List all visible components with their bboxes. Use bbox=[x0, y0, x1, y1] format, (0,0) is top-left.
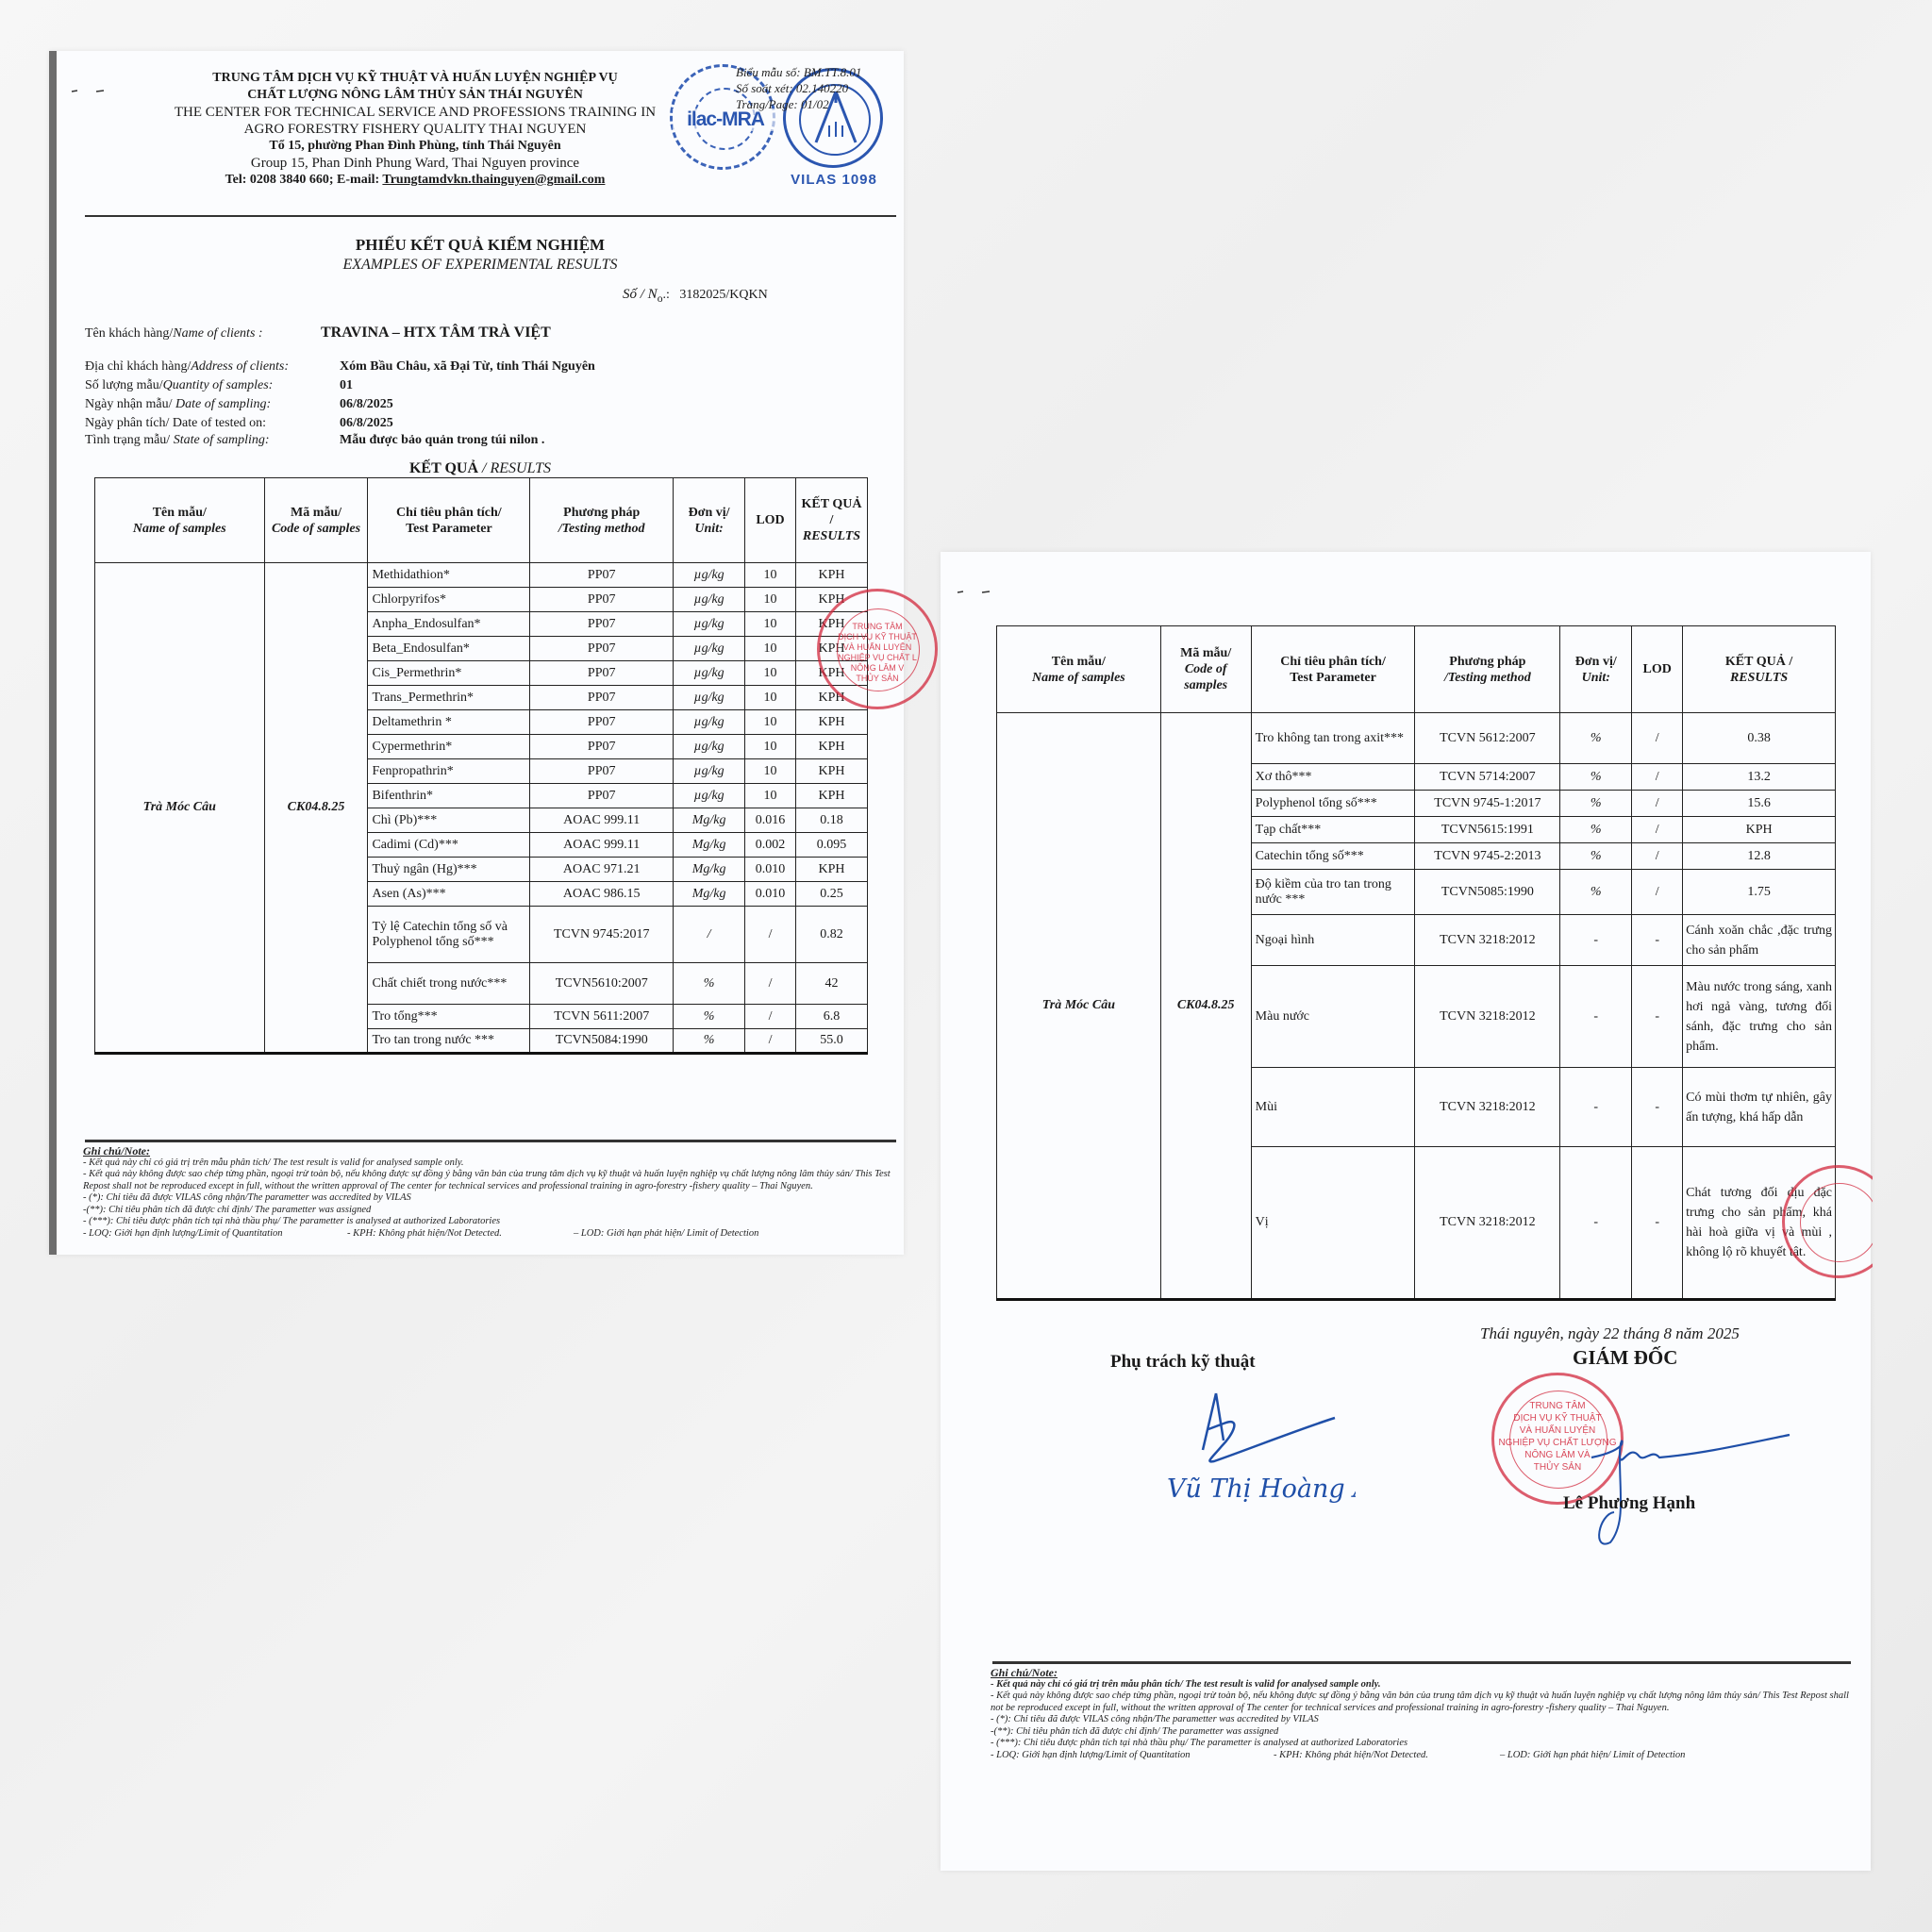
testing-method-cell: TCVN 9745-1:2017 bbox=[1415, 791, 1560, 817]
signature-place-date: Thái nguyên, ngày 22 tháng 8 năm 2025 bbox=[1480, 1324, 1740, 1343]
note-line: - (***): Chỉ tiêu được phân tích tại nhà… bbox=[991, 1738, 1851, 1750]
report-page-1: TRUNG TÂM DỊCH VỤ KỸ THUẬT VÀ HUẤN LUYỆN… bbox=[49, 51, 904, 1255]
unit-cell: µg/kg bbox=[674, 637, 745, 661]
info-value: Xóm Bầu Châu, xã Đại Từ, tỉnh Thái Nguyê… bbox=[340, 359, 595, 374]
header-sample-name: Tên mẫu/Name of samples bbox=[95, 478, 265, 563]
notes-title: Ghi chú/Note: bbox=[991, 1667, 1851, 1679]
page-number: Trang/Page: 01/02 bbox=[736, 96, 861, 112]
test-parameter-cell: Asen (As)*** bbox=[368, 882, 530, 907]
test-parameter-cell: Chlorpyrifos* bbox=[368, 588, 530, 612]
results-title: KẾT QUẢ / RESULTS bbox=[57, 460, 904, 477]
org-name-vn-1: TRUNG TÂM DỊCH VỤ KỸ THUẬT VÀ HUẤN LUYỆN… bbox=[123, 70, 708, 87]
lod-cell: - bbox=[1632, 915, 1683, 966]
unit-cell: % bbox=[1560, 843, 1632, 870]
header-divider bbox=[85, 215, 896, 217]
unit-cell: - bbox=[1560, 1068, 1632, 1147]
lod-cell: 10 bbox=[745, 588, 796, 612]
result-cell: 13.2 bbox=[1683, 764, 1836, 791]
report-number-sub: o bbox=[658, 292, 663, 305]
testing-method-cell: TCVN5610:2007 bbox=[530, 963, 674, 1005]
info-label: Số lượng mẫu/Quantity of samples: bbox=[85, 377, 340, 394]
notes-divider bbox=[85, 1140, 896, 1142]
result-cell: 0.095 bbox=[795, 833, 867, 858]
results-table-page-2: Tên mẫu/Name of samplesMã mẫu/Code of sa… bbox=[996, 625, 1836, 1301]
header-sample-name: Tên mẫu/Name of samples bbox=[997, 626, 1161, 713]
unit-cell: µg/kg bbox=[674, 588, 745, 612]
report-number: Số / No.: 3182025/KQKN bbox=[623, 287, 768, 305]
note-line: - Kết quả này không được sao chép từng p… bbox=[991, 1690, 1851, 1714]
result-cell: KPH bbox=[795, 735, 867, 759]
scan-mark bbox=[70, 89, 108, 92]
note-lod: – LOD: Giới hạn phát hiện/ Limit of Dete… bbox=[1500, 1750, 1685, 1760]
testing-method-cell: TCVN 3218:2012 bbox=[1415, 1147, 1560, 1300]
result-cell: 1.75 bbox=[1683, 870, 1836, 915]
org-contact: Tel: 0208 3840 660; E-mail: Trungtamdvkn… bbox=[123, 172, 708, 189]
unit-cell: µg/kg bbox=[674, 686, 745, 710]
lod-cell: / bbox=[1632, 870, 1683, 915]
header-unit: Đơn vị/Unit: bbox=[1560, 626, 1632, 713]
report-title-en: EXAMPLES OF EXPERIMENTAL RESULTS bbox=[57, 257, 904, 274]
red-stamp-edge-icon bbox=[1782, 1165, 1895, 1278]
result-cell: KPH bbox=[795, 759, 867, 784]
vilas-number: VILAS 1098 bbox=[781, 172, 887, 188]
testing-method-cell: PP07 bbox=[530, 612, 674, 637]
info-value: 06/8/2025 bbox=[340, 397, 393, 411]
test-parameter-cell: Thuỷ ngân (Hg)*** bbox=[368, 858, 530, 882]
unit-cell: % bbox=[674, 963, 745, 1005]
info-row: Tên khách hàng/Name of clients :TRAVINA … bbox=[85, 325, 551, 342]
test-parameter-cell: Catechin tổng số*** bbox=[1251, 843, 1415, 870]
unit-cell: % bbox=[1560, 764, 1632, 791]
test-parameter-cell: Cadimi (Cd)*** bbox=[368, 833, 530, 858]
info-label: Địa chỉ khách hàng/Address of clients: bbox=[85, 358, 340, 375]
info-row: Số lượng mẫu/Quantity of samples:01 bbox=[85, 377, 353, 394]
note-kph: - KPH: Không phát hiện/Not Detected. bbox=[347, 1228, 574, 1241]
test-parameter-cell: Cis_Permethrin* bbox=[368, 661, 530, 686]
info-label: Ngày nhận mẫu/ Date of sampling: bbox=[85, 396, 340, 413]
result-cell: KPH bbox=[795, 858, 867, 882]
table-row: Trà Móc CâuCK04.8.25Methidathion*PP07µg/… bbox=[95, 563, 868, 588]
note-legend-line: - LOQ: Giới hạn định lượng/Limit of Quan… bbox=[991, 1750, 1851, 1762]
header-testing-method: Phương pháp/Testing method bbox=[530, 478, 674, 563]
info-label: Ngày phân tích/ Date of tested on: bbox=[85, 415, 340, 432]
unit-cell: % bbox=[1560, 713, 1632, 764]
sample-name-cell: Trà Móc Câu bbox=[95, 563, 265, 1054]
info-label-vn: Tình trạng mẫu/ bbox=[85, 433, 174, 447]
note-line: - Kết quả này chỉ có giá trị trên mẫu ph… bbox=[83, 1158, 896, 1170]
info-label-en: Address of clients: bbox=[191, 359, 289, 374]
test-parameter-cell: Tạp chất*** bbox=[1251, 817, 1415, 843]
lod-cell: / bbox=[745, 1029, 796, 1054]
note-line: -(**): Chỉ tiêu phân tích đã được chỉ đị… bbox=[991, 1726, 1851, 1739]
note-loq: - LOQ: Giới hạn định lượng/Limit of Quan… bbox=[991, 1750, 1274, 1762]
test-parameter-cell: Beta_Endosulfan* bbox=[368, 637, 530, 661]
notes-page-1: Ghi chú/Note:- Kết quả này chỉ có giá tr… bbox=[83, 1145, 896, 1240]
testing-method-cell: TCVN 3218:2012 bbox=[1415, 1068, 1560, 1147]
stamp-text: TRUNG TÂMDỊCH VỤ KỸ THUẬTVÀ HUẤN LUYỆNNG… bbox=[820, 622, 935, 684]
org-address-en: Group 15, Phan Dinh Phung Ward, Thai Ngu… bbox=[123, 155, 708, 172]
result-cell: 0.38 bbox=[1683, 713, 1836, 764]
testing-method-cell: TCVN 5612:2007 bbox=[1415, 713, 1560, 764]
result-cell: KPH bbox=[795, 563, 867, 588]
info-label-en: Name of clients : bbox=[173, 326, 262, 341]
testing-method-cell: PP07 bbox=[530, 637, 674, 661]
test-parameter-cell: Cypermethrin* bbox=[368, 735, 530, 759]
header-lod: LOD bbox=[1632, 626, 1683, 713]
testing-method-cell: TCVN 3218:2012 bbox=[1415, 915, 1560, 966]
lod-cell: 10 bbox=[745, 686, 796, 710]
director-name: Lê Phương Hạnh bbox=[1563, 1493, 1695, 1514]
info-label-vn: Ngày nhận mẫu/ bbox=[85, 397, 175, 411]
note-line: - Kết quả này chỉ có giá trị trên mẫu ph… bbox=[991, 1679, 1851, 1691]
note-kph: - KPH: Không phát hiện/Not Detected. bbox=[1274, 1750, 1500, 1762]
unit-cell: - bbox=[1560, 966, 1632, 1068]
result-cell: 55.0 bbox=[795, 1029, 867, 1054]
unit-cell: Mg/kg bbox=[674, 808, 745, 833]
lod-cell: 10 bbox=[745, 784, 796, 808]
lod-cell: 0.002 bbox=[745, 833, 796, 858]
lod-cell: / bbox=[1632, 764, 1683, 791]
result-cell: 0.25 bbox=[795, 882, 867, 907]
testing-method-cell: PP07 bbox=[530, 784, 674, 808]
org-address-vn: Tổ 15, phường Phan Đình Phùng, tỉnh Thái… bbox=[123, 138, 708, 155]
info-label: Tên khách hàng/Name of clients : bbox=[85, 325, 321, 342]
lod-cell: - bbox=[1632, 1147, 1683, 1300]
report-page-2: Tên mẫu/Name of samplesMã mẫu/Code of sa… bbox=[941, 552, 1871, 1871]
note-line: -(**): Chỉ tiêu phân tích đã được chỉ đị… bbox=[83, 1205, 896, 1217]
test-parameter-cell: Tỷ lệ Catechin tổng số và Polyphenol tổn… bbox=[368, 907, 530, 963]
unit-cell: % bbox=[1560, 870, 1632, 915]
lod-cell: / bbox=[1632, 817, 1683, 843]
header-testing-method: Phương pháp/Testing method bbox=[1415, 626, 1560, 713]
info-row: Ngày phân tích/ Date of tested on:06/8/2… bbox=[85, 415, 393, 432]
unit-cell: Mg/kg bbox=[674, 833, 745, 858]
info-label-vn: Số lượng mẫu/ bbox=[85, 378, 163, 392]
report-number-label: Số / N bbox=[623, 287, 658, 302]
lod-cell: 10 bbox=[745, 710, 796, 735]
test-parameter-cell: Trans_Permethrin* bbox=[368, 686, 530, 710]
lod-cell: / bbox=[745, 1005, 796, 1029]
test-parameter-cell: Tro không tan trong axit*** bbox=[1251, 713, 1415, 764]
test-parameter-cell: Màu nước bbox=[1251, 966, 1415, 1068]
info-label-vn: Tên khách hàng/ bbox=[85, 326, 173, 341]
info-label-en: Date of sampling: bbox=[175, 397, 271, 411]
form-meta: Biểu mẫu số: BM.TT.8.01 Số soát xét: 02.… bbox=[736, 64, 861, 112]
info-label-en: Quantity of samples: bbox=[163, 378, 274, 392]
test-parameter-cell: Methidathion* bbox=[368, 563, 530, 588]
unit-cell: Mg/kg bbox=[674, 858, 745, 882]
testing-method-cell: PP07 bbox=[530, 661, 674, 686]
test-parameter-cell: Xơ thô*** bbox=[1251, 764, 1415, 791]
lod-cell: / bbox=[1632, 791, 1683, 817]
testing-method-cell: TCVN 5714:2007 bbox=[1415, 764, 1560, 791]
info-row: Tình trạng mẫu/ State of sampling:Mẫu đư… bbox=[85, 432, 544, 449]
lod-cell: 10 bbox=[745, 661, 796, 686]
test-parameter-cell: Vị bbox=[1251, 1147, 1415, 1300]
testing-method-cell: AOAC 986.15 bbox=[530, 882, 674, 907]
results-title-vn: KẾT QUẢ bbox=[409, 460, 478, 476]
test-parameter-cell: Polyphenol tổng số*** bbox=[1251, 791, 1415, 817]
form-number: Biểu mẫu số: BM.TT.8.01 bbox=[736, 64, 861, 80]
unit-cell: % bbox=[1560, 791, 1632, 817]
unit-cell: µg/kg bbox=[674, 759, 745, 784]
note-line: - (*): Chỉ tiêu đã được VILAS công nhận/… bbox=[991, 1714, 1851, 1726]
result-cell: 6.8 bbox=[795, 1005, 867, 1029]
director-signature-icon bbox=[1554, 1401, 1799, 1552]
note-lod: – LOD: Giới hạn phát hiện/ Limit of Dete… bbox=[574, 1228, 758, 1239]
result-cell: KPH bbox=[795, 710, 867, 735]
lod-cell: 10 bbox=[745, 759, 796, 784]
sample-code-cell: CK04.8.25 bbox=[264, 563, 368, 1054]
notes-title: Ghi chú/Note: bbox=[83, 1145, 896, 1158]
testing-method-cell: TCVN 5611:2007 bbox=[530, 1005, 674, 1029]
testing-method-cell: AOAC 999.11 bbox=[530, 808, 674, 833]
unit-cell: % bbox=[1560, 817, 1632, 843]
lod-cell: / bbox=[745, 907, 796, 963]
test-parameter-cell: Anpha_Endosulfan* bbox=[368, 612, 530, 637]
unit-cell: µg/kg bbox=[674, 710, 745, 735]
results-title-en: / RESULTS bbox=[478, 460, 551, 476]
note-line: - (*): Chỉ tiêu đã được VILAS công nhận/… bbox=[83, 1192, 896, 1205]
test-parameter-cell: Ngoại hình bbox=[1251, 915, 1415, 966]
unit-cell: % bbox=[674, 1005, 745, 1029]
unit-cell: µg/kg bbox=[674, 563, 745, 588]
testing-method-cell: PP07 bbox=[530, 710, 674, 735]
info-value: Mẫu được bảo quản trong túi nilon . bbox=[340, 433, 544, 447]
result-cell: KPH bbox=[795, 784, 867, 808]
org-header: TRUNG TÂM DỊCH VỤ KỸ THUẬT VÀ HUẤN LUYỆN… bbox=[123, 70, 708, 189]
header-sample-code: Mã mẫu/Code of samples bbox=[1160, 626, 1251, 713]
lod-cell: 10 bbox=[745, 612, 796, 637]
technical-lead-title: Phụ trách kỹ thuật bbox=[1110, 1352, 1256, 1373]
director-title: GIÁM ĐỐC bbox=[1573, 1346, 1677, 1370]
unit-cell: / bbox=[674, 907, 745, 963]
lod-cell: 0.016 bbox=[745, 808, 796, 833]
lod-cell: 10 bbox=[745, 735, 796, 759]
test-parameter-cell: Mùi bbox=[1251, 1068, 1415, 1147]
header-result: KẾT QUẢ /RESULTS bbox=[1683, 626, 1836, 713]
result-cell: KPH bbox=[1683, 817, 1836, 843]
result-cell: 42 bbox=[795, 963, 867, 1005]
lod-cell: / bbox=[745, 963, 796, 1005]
contact-email[interactable]: Trungtamdvkn.thainguyen@gmail.com bbox=[382, 173, 605, 187]
info-value: 06/8/2025 bbox=[340, 416, 393, 430]
result-cell: Có mùi thơm tự nhiên, gây ấn tượng, khá … bbox=[1683, 1068, 1836, 1147]
header-unit: Đơn vị/Unit: bbox=[674, 478, 745, 563]
testing-method-cell: TCVN5085:1990 bbox=[1415, 870, 1560, 915]
unit-cell: µg/kg bbox=[674, 661, 745, 686]
info-value: TRAVINA – HTX TÂM TRÀ VIỆT bbox=[321, 325, 551, 341]
testing-method-cell: AOAC 971.21 bbox=[530, 858, 674, 882]
unit-cell: µg/kg bbox=[674, 612, 745, 637]
info-label-vn: Ngày phân tích/ Date of tested on: bbox=[85, 416, 266, 430]
test-parameter-cell: Chất chiết trong nước*** bbox=[368, 963, 530, 1005]
table-header-row: Tên mẫu/Name of samplesMã mẫu/Code of sa… bbox=[997, 626, 1836, 713]
unit-cell: µg/kg bbox=[674, 784, 745, 808]
result-cell: Cánh xoăn chắc ,đặc trưng cho sản phẩm bbox=[1683, 915, 1836, 966]
test-parameter-cell: Tro tổng*** bbox=[368, 1005, 530, 1029]
testing-method-cell: PP07 bbox=[530, 686, 674, 710]
info-value: 01 bbox=[340, 378, 353, 392]
testing-method-cell: PP07 bbox=[530, 588, 674, 612]
unit-cell: Mg/kg bbox=[674, 882, 745, 907]
test-parameter-cell: Độ kiềm của tro tan trong nước *** bbox=[1251, 870, 1415, 915]
contact-phone: Tel: 0208 3840 660; E-mail: bbox=[225, 173, 383, 187]
report-title-vn: PHIẾU KẾT QUẢ KIỂM NGHIỆM bbox=[57, 236, 904, 255]
table-header-row: Tên mẫu/Name of samplesMã mẫu/Code of sa… bbox=[95, 478, 868, 563]
testing-method-cell: TCVN5615:1991 bbox=[1415, 817, 1560, 843]
header-lod: LOD bbox=[745, 478, 796, 563]
unit-cell: % bbox=[674, 1029, 745, 1054]
testing-method-cell: TCVN 9745:2017 bbox=[530, 907, 674, 963]
lod-cell: / bbox=[1632, 713, 1683, 764]
result-cell: Màu nước trong sáng, xanh hơi ngả vàng, … bbox=[1683, 966, 1836, 1068]
unit-cell: µg/kg bbox=[674, 735, 745, 759]
note-line: - Kết quả này không được sao chép từng p… bbox=[83, 1169, 896, 1192]
testing-method-cell: TCVN 3218:2012 bbox=[1415, 966, 1560, 1068]
testing-method-cell: PP07 bbox=[530, 735, 674, 759]
lod-cell: 10 bbox=[745, 637, 796, 661]
lod-cell: 10 bbox=[745, 563, 796, 588]
notes-page-2: Ghi chú/Note:- Kết quả này chỉ có giá tr… bbox=[991, 1667, 1851, 1761]
technical-lead-handwritten-name: Vũ Thị Hoàng Anh bbox=[1167, 1474, 1356, 1504]
unit-cell: - bbox=[1560, 915, 1632, 966]
sample-name-cell: Trà Móc Câu bbox=[997, 713, 1161, 1300]
notes-divider bbox=[992, 1661, 1851, 1664]
unit-cell: - bbox=[1560, 1147, 1632, 1300]
sample-code-cell: CK04.8.25 bbox=[1160, 713, 1251, 1300]
lod-cell: 0.010 bbox=[745, 858, 796, 882]
result-cell: 12.8 bbox=[1683, 843, 1836, 870]
result-cell: 0.18 bbox=[795, 808, 867, 833]
testing-method-cell: PP07 bbox=[530, 563, 674, 588]
lod-cell: - bbox=[1632, 1068, 1683, 1147]
testing-method-cell: AOAC 999.11 bbox=[530, 833, 674, 858]
results-table-page-1: Tên mẫu/Name of samplesMã mẫu/Code of sa… bbox=[94, 477, 868, 1055]
scan-mark bbox=[956, 590, 993, 593]
info-row: Địa chỉ khách hàng/Address of clients:Xó… bbox=[85, 358, 595, 375]
test-parameter-cell: Deltamethrin * bbox=[368, 710, 530, 735]
org-name-en-2: AGRO FORESTRY FISHERY QUALITY THAI NGUYE… bbox=[123, 121, 708, 138]
info-row: Ngày nhận mẫu/ Date of sampling:06/8/202… bbox=[85, 396, 393, 413]
header-result: KẾT QUẢ /RESULTS bbox=[795, 478, 867, 563]
lod-cell: - bbox=[1632, 966, 1683, 1068]
header-sample-code: Mã mẫu/Code of samples bbox=[264, 478, 368, 563]
lod-cell: / bbox=[1632, 843, 1683, 870]
note-loq: - LOQ: Giới hạn định lượng/Limit of Quan… bbox=[83, 1228, 347, 1241]
info-label-en: State of sampling: bbox=[174, 433, 270, 447]
header-test-parameter: Chỉ tiêu phân tích/Test Parameter bbox=[368, 478, 530, 563]
testing-method-cell: PP07 bbox=[530, 759, 674, 784]
testing-method-cell: TCVN5084:1990 bbox=[530, 1029, 674, 1054]
info-label-vn: Địa chỉ khách hàng/ bbox=[85, 359, 191, 374]
info-label: Tình trạng mẫu/ State of sampling: bbox=[85, 432, 340, 449]
report-number-value: 3182025/KQKN bbox=[679, 288, 767, 302]
technical-lead-signature-icon: Vũ Thị Hoàng Anh bbox=[1167, 1391, 1356, 1514]
testing-method-cell: TCVN 9745-2:2013 bbox=[1415, 843, 1560, 870]
result-cell: 0.82 bbox=[795, 907, 867, 963]
red-stamp-icon: TRUNG TÂMDỊCH VỤ KỸ THUẬTVÀ HUẤN LUYỆNNG… bbox=[817, 589, 938, 709]
note-line: - (***): Chỉ tiêu được phân tích tại nhà… bbox=[83, 1216, 896, 1228]
test-parameter-cell: Tro tan trong nước *** bbox=[368, 1029, 530, 1054]
header-test-parameter: Chỉ tiêu phân tích/Test Parameter bbox=[1251, 626, 1415, 713]
control-number: Số soát xét: 02.140220 bbox=[736, 80, 861, 96]
org-name-vn-2: CHẤT LƯỢNG NÔNG LÂM THỦY SẢN THÁI NGUYÊN bbox=[123, 87, 708, 104]
table-row: Trà Móc CâuCK04.8.25Tro không tan trong … bbox=[997, 713, 1836, 764]
test-parameter-cell: Bifenthrin* bbox=[368, 784, 530, 808]
org-name-en-1: THE CENTER FOR TECHNICAL SERVICE AND PRO… bbox=[123, 104, 708, 121]
lod-cell: 0.010 bbox=[745, 882, 796, 907]
note-legend-line: - LOQ: Giới hạn định lượng/Limit of Quan… bbox=[83, 1228, 896, 1241]
test-parameter-cell: Chì (Pb)*** bbox=[368, 808, 530, 833]
result-cell: 15.6 bbox=[1683, 791, 1836, 817]
test-parameter-cell: Fenpropathrin* bbox=[368, 759, 530, 784]
